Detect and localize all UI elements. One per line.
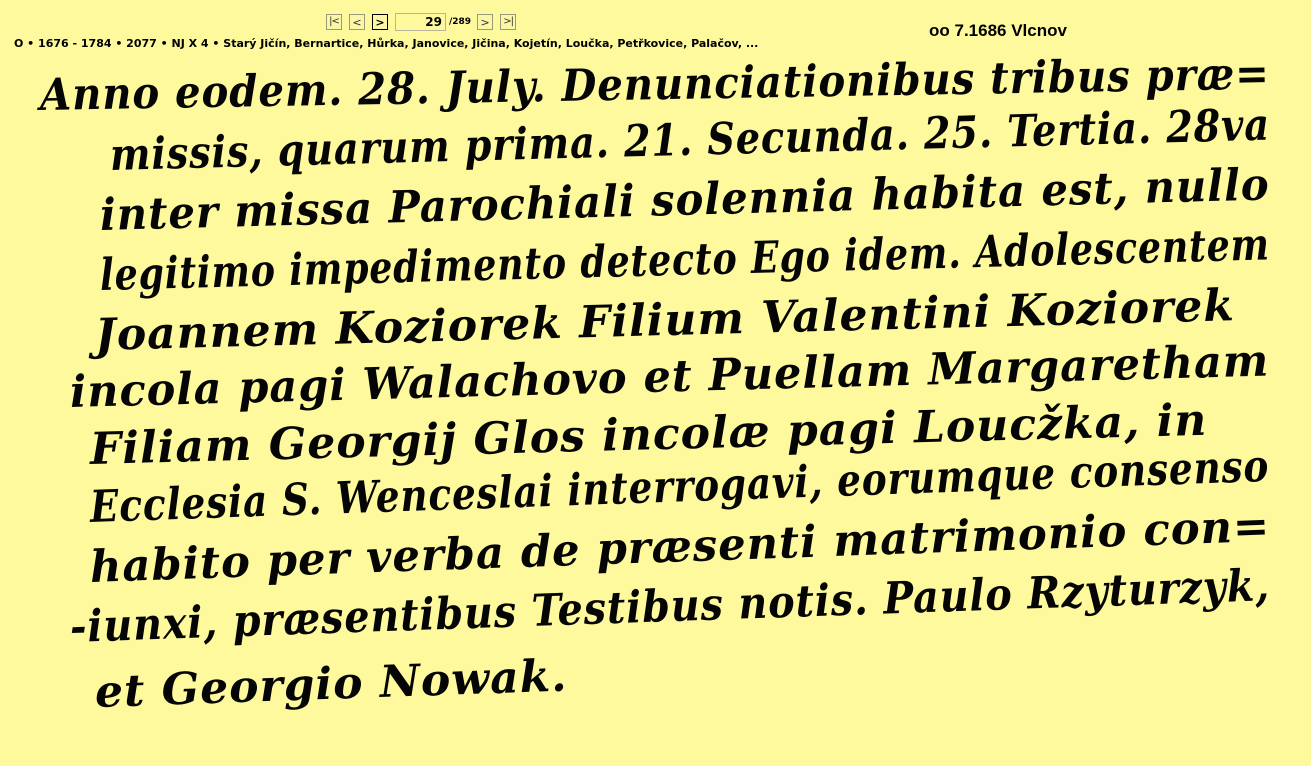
handwritten-line: et Georgio Nowak.: [94, 651, 568, 718]
first-page-button[interactable]: |<: [326, 14, 342, 30]
chevron-left-icon: <: [352, 17, 361, 28]
go-arrow-icon: >: [375, 17, 384, 28]
handwritten-register-scan: Anno eodem. 28. July. Denunciationibus t…: [30, 62, 1300, 762]
page-navigation-toolbar: |< < > /289 > >|: [326, 12, 523, 32]
page-number-input[interactable]: [395, 13, 446, 31]
last-page-icon: >|: [503, 17, 513, 27]
record-title: oo 7.1686 Vlcnov: [929, 21, 1067, 41]
total-pages-label: /289: [449, 17, 471, 27]
last-page-button[interactable]: >|: [500, 14, 516, 30]
chevron-right-icon: >: [480, 17, 489, 28]
previous-page-button[interactable]: <: [349, 14, 365, 30]
first-page-icon: |<: [329, 17, 339, 27]
go-to-page-button[interactable]: >: [372, 14, 388, 30]
next-page-button[interactable]: >: [477, 14, 493, 30]
register-metadata: O • 1676 - 1784 • 2077 • NJ X 4 • Starý …: [14, 37, 758, 50]
